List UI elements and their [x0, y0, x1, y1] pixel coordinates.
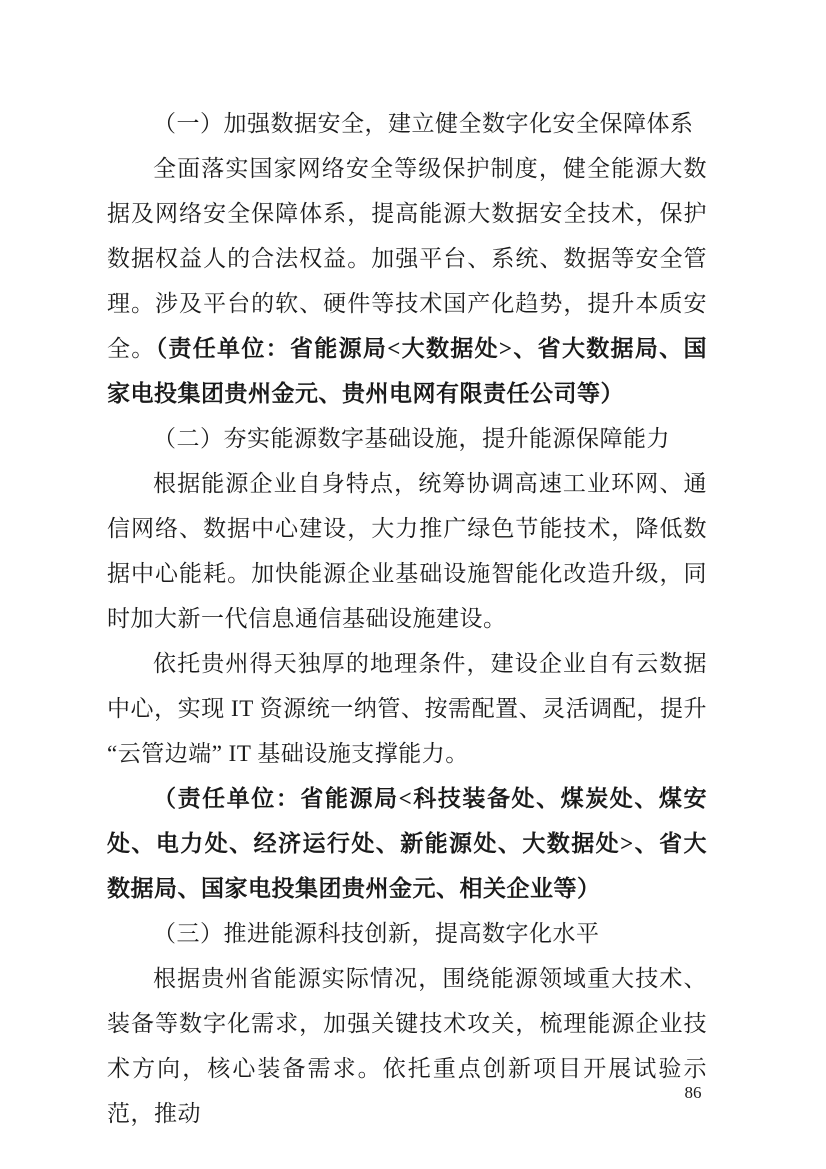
section-3: （三）推进能源科技创新，提高数字化水平 根据贵州省能源实际情况，围绕能源领域重大… [107, 911, 707, 1136]
document-page: （一）加强数据安全，建立健全数字化安全保障体系 全面落实国家网络安全等级保护制度… [107, 101, 707, 1136]
section-2: （二）夯实能源数字基础设施，提升能源保障能力 根据能源企业自身特点，统筹协调高速… [107, 416, 707, 911]
section-1-responsibility-text: （责任单位：省能源局<大数据处>、省大数据局、国家电投集团贵州金元、贵州电网有限… [107, 336, 707, 406]
section-2-paragraph-2: 依托贵州得天独厚的地理条件，建设企业自有云数据中心，实现 IT 资源统一纳管、按… [107, 641, 707, 776]
page-number: 86 [678, 1082, 708, 1104]
section-1-paragraph: 全面落实国家网络安全等级保护制度，健全能源大数据及网络安全保障体系，提高能源大数… [107, 146, 707, 416]
section-2-heading: （二）夯实能源数字基础设施，提升能源保障能力 [107, 416, 707, 461]
section-2-paragraph-1: 根据能源企业自身特点，统筹协调高速工业环网、通信网络、数据中心建设，大力推广绿色… [107, 461, 707, 641]
section-2-responsibility: （责任单位：省能源局<科技装备处、煤炭处、煤安处、电力处、经济运行处、新能源处、… [107, 776, 707, 911]
section-1-body-text: 全面落实国家网络安全等级保护制度，健全能源大数据及网络安全保障体系，提高能源大数… [107, 156, 707, 361]
section-3-paragraph: 根据贵州省能源实际情况，围绕能源领域重大技术、装备等数字化需求，加强关键技术攻关… [107, 956, 707, 1136]
section-1: （一）加强数据安全，建立健全数字化安全保障体系 全面落实国家网络安全等级保护制度… [107, 101, 707, 416]
section-3-heading: （三）推进能源科技创新，提高数字化水平 [107, 911, 707, 956]
section-1-heading: （一）加强数据安全，建立健全数字化安全保障体系 [107, 101, 707, 146]
